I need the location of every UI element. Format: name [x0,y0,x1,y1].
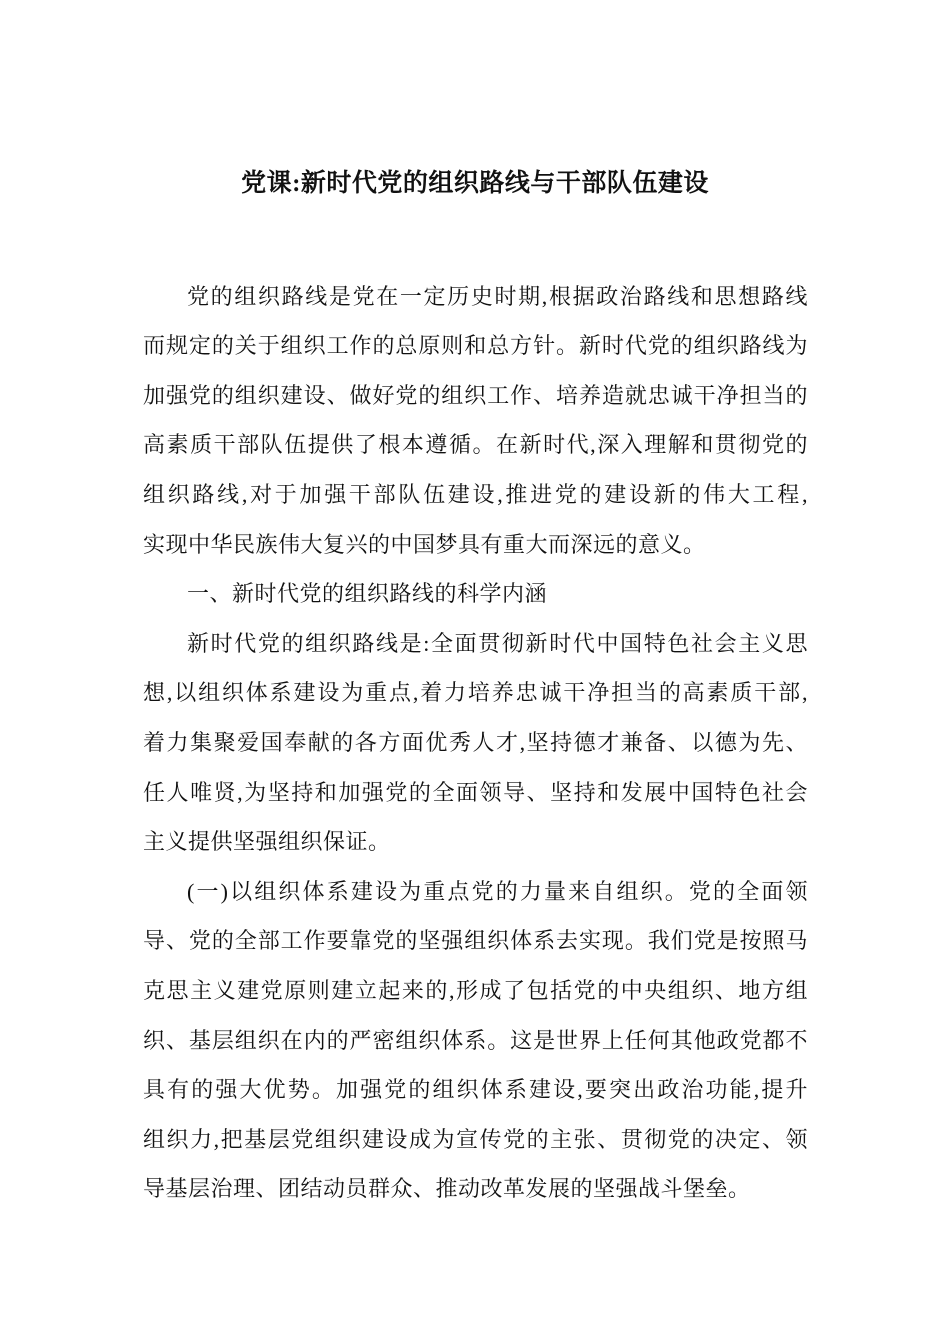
document-page: 党课:新时代党的组织路线与干部队伍建设 党的组织路线是党在一定历史时期,根据政治… [0,0,950,1344]
text-line: 实现中华民族伟大复兴的中国梦具有重大而深远的意义。 [143,520,808,570]
text-line: 想,以组织体系建设为重点,着力培养忠诚干净担当的高素质干部, [143,668,808,718]
text-line: 加强党的组织建设、做好党的组织工作、培养造就忠诚干净担当的 [143,371,808,421]
text-line: 而规定的关于组织工作的总原则和总方针。新时代党的组织路线为 [143,321,808,371]
text-line: 高素质干部队伍提供了根本遵循。在新时代,深入理解和贯彻党的 [143,420,808,470]
text-line: 一、新时代党的组织路线的科学内涵 [143,569,808,619]
text-line: 主义提供坚强组织保证。 [143,817,808,867]
paragraph: 新时代党的组织路线是:全面贯彻新时代中国特色社会主义思想,以组织体系建设为重点,… [143,619,808,867]
text-line: 导、党的全部工作要靠党的坚强组织体系去实现。我们党是按照马 [143,916,808,966]
paragraph: 党的组织路线是党在一定历史时期,根据政治路线和思想路线而规定的关于组织工作的总原… [143,272,808,570]
text-line: 具有的强大优势。加强党的组织体系建设,要突出政治功能,提升 [143,1065,808,1115]
text-line: 党的组织路线是党在一定历史时期,根据政治路线和思想路线 [143,272,808,322]
text-line: (一)以组织体系建设为重点党的力量来自组织。党的全面领 [143,867,808,917]
text-line: 织、基层组织在内的严密组织体系。这是世界上任何其他政党都不 [143,1016,808,1066]
document-body: 党的组织路线是党在一定历史时期,根据政治路线和思想路线而规定的关于组织工作的总原… [143,272,808,1214]
text-line: 任人唯贤,为坚持和加强党的全面领导、坚持和发展中国特色社会 [143,768,808,818]
text-line: 组织路线,对于加强干部队伍建设,推进党的建设新的伟大工程, [143,470,808,520]
text-line: 新时代党的组织路线是:全面贯彻新时代中国特色社会主义思 [143,619,808,669]
paragraph: (一)以组织体系建设为重点党的力量来自组织。党的全面领导、党的全部工作要靠党的坚… [143,867,808,1214]
text-line: 克思主义建党原则建立起来的,形成了包括党的中央组织、地方组 [143,966,808,1016]
section-heading: 一、新时代党的组织路线的科学内涵 [143,569,808,619]
text-line: 组织力,把基层党组织建设成为宣传党的主张、贯彻党的决定、领 [143,1115,808,1165]
text-line: 着力集聚爱国奉献的各方面优秀人才,坚持德才兼备、以德为先、 [143,718,808,768]
text-line: 导基层治理、团结动员群众、推动改革发展的坚强战斗堡垒。 [143,1164,808,1214]
document-title: 党课:新时代党的组织路线与干部队伍建设 [0,159,950,209]
